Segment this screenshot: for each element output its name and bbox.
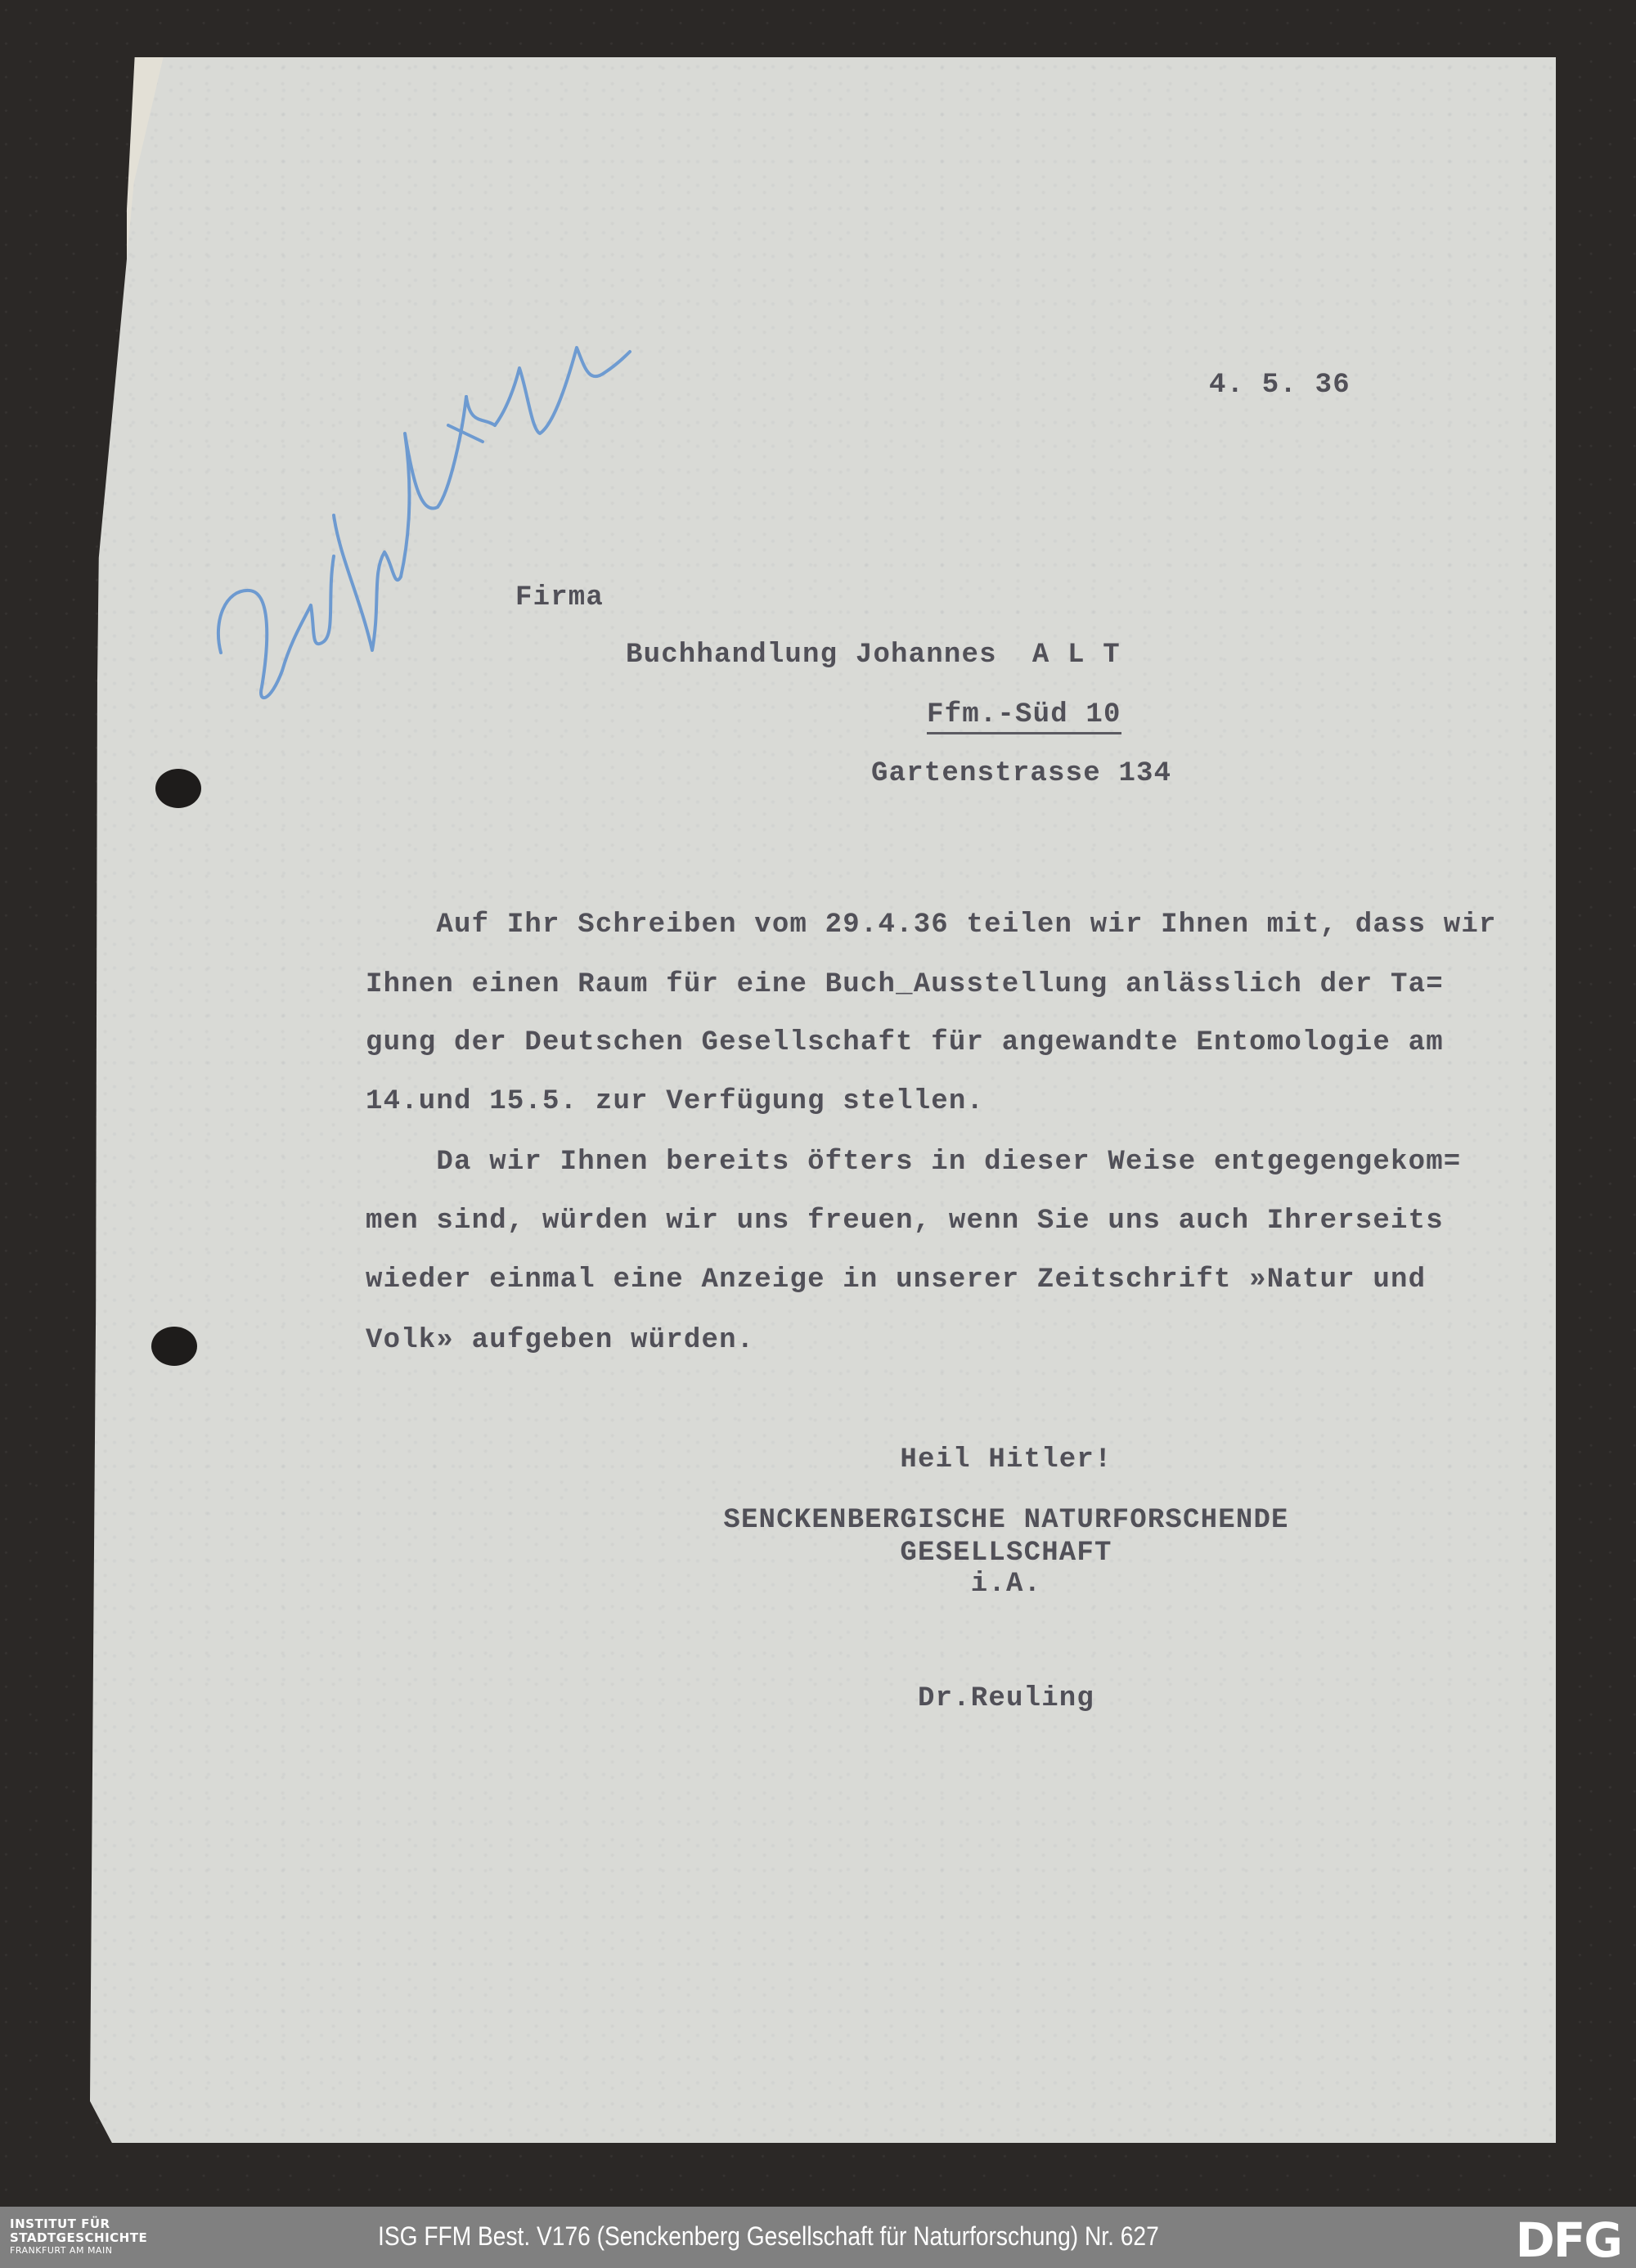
body-line: Da wir Ihnen bereits öfters in dieser We…: [366, 1147, 1461, 1178]
body-line: 14.und 15.5. zur Verfügung stellen.: [366, 1086, 984, 1117]
letter-date: 4. 5. 36: [1209, 370, 1351, 401]
dfg-logo: DFG: [1516, 2216, 1621, 2264]
closing-proxy: i.A.: [703, 1569, 1309, 1600]
institute-line3: FRANKFURT AM MAIN: [10, 2246, 147, 2255]
punch-hole-bottom: [151, 1327, 197, 1366]
institute-logo: INSTITUT FÜR STADTGESCHICHTE FRANKFURT A…: [10, 2218, 147, 2255]
closing-org-line2: GESELLSCHAFT: [703, 1538, 1309, 1569]
body-line: Ihnen einen Raum für eine Buch_Ausstellu…: [366, 969, 1444, 1000]
institute-line1: INSTITUT FÜR: [10, 2218, 147, 2230]
recipient-street: Gartenstrasse 134: [871, 758, 1171, 789]
punch-hole-top: [155, 769, 201, 808]
recipient-name: Buchhandlung Johannes A L T: [626, 640, 1121, 671]
recipient-firma-label: Firma: [515, 582, 604, 613]
institute-line2: STADTGESCHICHTE: [10, 2232, 147, 2244]
body-line: Auf Ihr Schreiben vom 29.4.36 teilen wir…: [366, 909, 1497, 941]
closing-greeting: Heil Hitler!: [703, 1444, 1309, 1475]
body-line: men sind, würden wir uns freuen, wenn Si…: [366, 1206, 1444, 1237]
recipient-city: Ffm.-Süd 10: [927, 699, 1121, 734]
body-line: gung der Deutschen Gesellschaft für ange…: [366, 1027, 1444, 1058]
archive-caption: ISG FFM Best. V176 (Senckenberg Gesellsc…: [378, 2221, 1159, 2252]
closing-signatory: Dr.Reuling: [703, 1683, 1309, 1714]
body-line: wieder einmal eine Anzeige in unserer Ze…: [366, 1264, 1426, 1296]
archive-footer-bar: INSTITUT FÜR STADTGESCHICHTE FRANKFURT A…: [0, 2207, 1636, 2268]
body-line: Volk» aufgeben würden.: [366, 1325, 754, 1356]
closing-org-line1: SENCKENBERGISCHE NATURFORSCHENDE: [703, 1505, 1309, 1536]
